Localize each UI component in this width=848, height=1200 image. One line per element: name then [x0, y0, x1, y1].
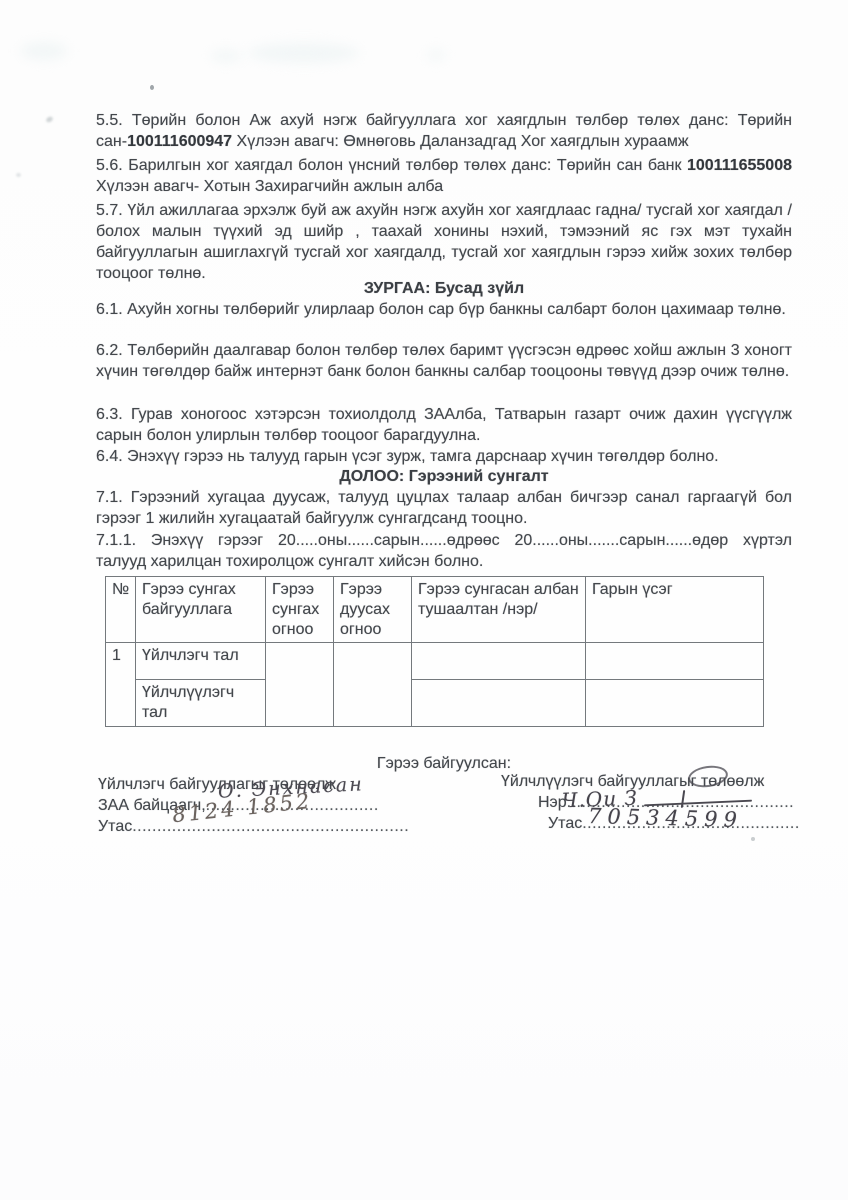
row-number-cell: 1 [106, 643, 136, 727]
table-header-end-date: Гэрээ дуусах огноо [334, 577, 412, 643]
table-header-signature: Гарын үсэг [586, 577, 764, 643]
paragraph-5-6: 5.6. Барилгын хог хаягдал болон үнсний т… [96, 155, 792, 197]
paragraph-5-5: 5.5. Төрийн болон Аж ахуй нэгж байгуулла… [96, 110, 792, 152]
bank-account-number-1: 100111600947 [127, 133, 232, 150]
official-name-cell [412, 643, 586, 680]
signature-cell-2 [586, 680, 764, 727]
table-header-row: № Гэрээ сунгах байгууллага Гэрээ сунгах … [106, 577, 764, 643]
provider-party-cell: Үйлчлэгч тал [136, 643, 266, 680]
paragraph-6-2: 6.2. Төлбөрийн даалгавар болон төлбөр тө… [96, 340, 792, 382]
client-party-cell: Үйлчлүүлэгч тал [136, 680, 266, 727]
official-name-cell-2 [412, 680, 586, 727]
bank-account-number-2: 100111655008 [687, 157, 792, 174]
client-represented-by: Үйлчлүүлэгч байгууллагыг төлөөлж [501, 771, 801, 792]
paragraph-5-7: 5.7. Үйл ажиллагаа эрхэлж буй аж ахуйн н… [96, 200, 792, 284]
table-row-client: Үйлчлүүлэгч тал [106, 680, 764, 727]
signature-cell [586, 643, 764, 680]
paragraph-6-4: 6.4. Энэхүү гэрээ нь талууд гарын үсэг з… [96, 446, 792, 467]
table-header-number: № [106, 577, 136, 643]
scanned-contract-page: 5.5. Төрийн болон Аж ахуй нэгж байгуулла… [0, 0, 848, 1200]
scan-ghost-artifact [20, 42, 68, 60]
paragraph-5-6-text-after: Хүлээн авагч- Хотын Захирагчийн ажлын ал… [96, 178, 443, 195]
paragraph-6-1: 6.1. Ахуйн хогны төлбөрийг улирлаар боло… [96, 299, 792, 320]
provider-phone-label: Утас [98, 818, 132, 835]
end-date-cell [334, 643, 412, 727]
scan-ghost-artifact [248, 43, 360, 63]
table-header-renewing-org: Гэрээ сунгах байгууллага [136, 577, 266, 643]
scan-ghost-artifact [210, 50, 242, 62]
scan-speck [45, 116, 54, 124]
client-phone-label: Утас [548, 815, 582, 832]
table-header-renew-date: Гэрээ сунгах огноо [266, 577, 334, 643]
renew-date-cell [266, 643, 334, 727]
section-heading-six: ЗУРГАА: Бусад зүйл [96, 278, 792, 299]
scan-speck [150, 85, 154, 90]
contract-renewal-table: № Гэрээ сунгах байгууллага Гэрээ сунгах … [105, 576, 764, 727]
scan-speck [16, 173, 21, 177]
table-header-official-name: Гэрээ сунгасан албан тушаалтан /нэр/ [412, 577, 586, 643]
scan-ghost-artifact [426, 50, 446, 60]
paragraph-5-5-text-after: Хүлээн авагч: Өмнөговь Даланзадгад Хог х… [232, 133, 688, 150]
paragraph-5-6-text: 5.6. Барилгын хог хаягдал болон үнсний т… [96, 157, 687, 174]
signature-section: Гэрээ байгуулсан: Үйлчлэгч байгууллагыг … [96, 753, 808, 883]
paragraph-7-1: 7.1. Гэрээний хугацаа дуусаж, талууд цуц… [96, 487, 792, 529]
paragraph-7-1-1: 7.1.1. Энэхүү гэрээг 20.....оны......сар… [96, 530, 792, 572]
provider-phone-line: Утас....................................… [98, 816, 438, 837]
section-heading-seven: ДОЛОО: Гэрээний сунгалт [96, 466, 792, 487]
table-row-provider: 1 Үйлчлэгч тал [106, 643, 764, 680]
paragraph-6-3: 6.3. Гурав хоногоос хэтэрсэн тохиолдолд … [96, 404, 792, 446]
handwritten-phone-right: 70534599 [588, 806, 743, 831]
